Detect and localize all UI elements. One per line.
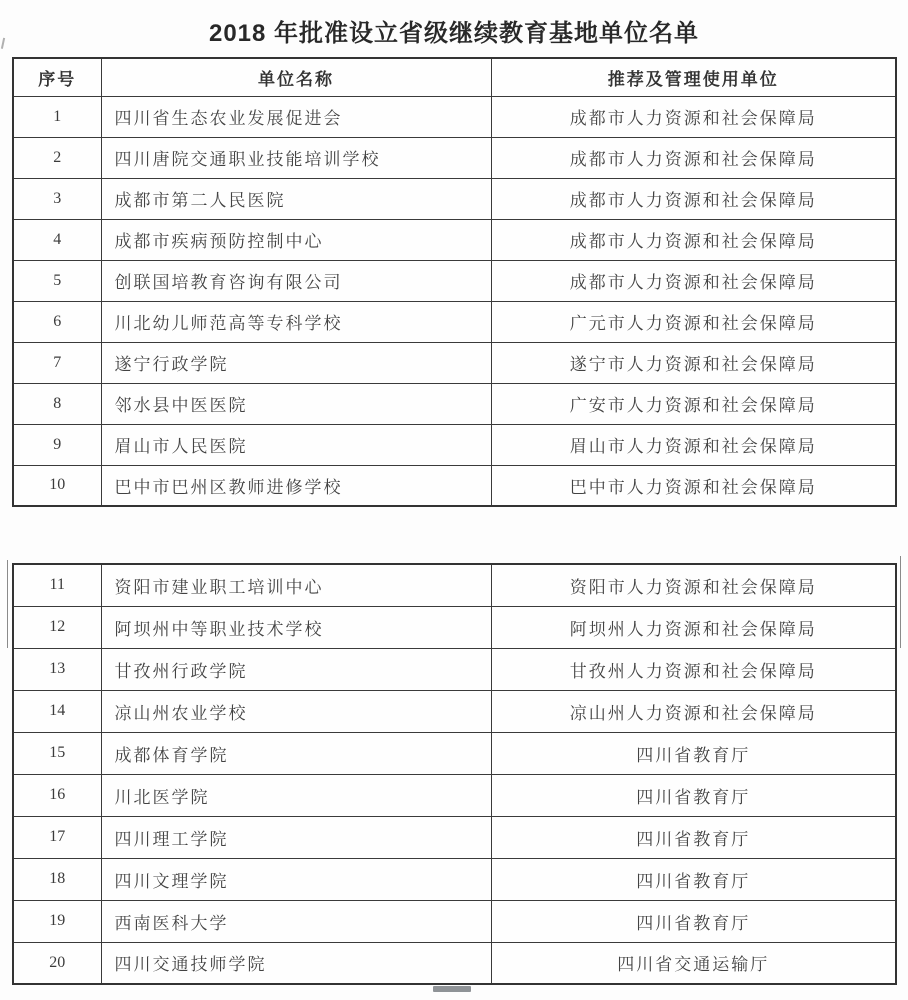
row-index-cell: 17 xyxy=(13,816,101,858)
row-index-cell: 8 xyxy=(13,383,101,424)
row-index-cell: 6 xyxy=(13,301,101,342)
units-table-part1: 序号 单位名称 推荐及管理使用单位 1 四川省生态农业发展促进会 成都市人力资源… xyxy=(12,57,897,507)
document-page: 2018 年批准设立省级继续教育基地单位名单 序号 单位名称 推荐及管理使用单位… xyxy=(0,0,908,1000)
table-row: 10 巴中市巴州区教师进修学校 巴中市人力资源和社会保障局 xyxy=(13,465,896,506)
unit-name-cell: 川北医学院 xyxy=(101,774,491,816)
manager-unit-cell: 四川省教育厅 xyxy=(491,900,896,942)
header-manager-unit: 推荐及管理使用单位 xyxy=(491,58,896,96)
unit-name-cell: 创联国培教育咨询有限公司 xyxy=(101,260,491,301)
table-row: 18 四川文理学院 四川省教育厅 xyxy=(13,858,896,900)
row-index-cell: 7 xyxy=(13,342,101,383)
row-index-cell: 12 xyxy=(13,606,101,648)
manager-unit-cell: 四川省教育厅 xyxy=(491,858,896,900)
row-index-cell: 18 xyxy=(13,858,101,900)
table-row: 14 凉山州农业学校 凉山州人力资源和社会保障局 xyxy=(13,690,896,732)
row-index-cell: 20 xyxy=(13,942,101,984)
unit-name-cell: 凉山州农业学校 xyxy=(101,690,491,732)
table-row: 19 西南医科大学 四川省教育厅 xyxy=(13,900,896,942)
unit-name-cell: 川北幼儿师范高等专科学校 xyxy=(101,301,491,342)
unit-name-cell: 眉山市人民医院 xyxy=(101,424,491,465)
unit-name-cell: 四川交通技师学院 xyxy=(101,942,491,984)
unit-name-cell: 资阳市建业职工培训中心 xyxy=(101,564,491,606)
row-index-cell: 16 xyxy=(13,774,101,816)
row-index-cell: 5 xyxy=(13,260,101,301)
units-table-part2: 11 资阳市建业职工培训中心 资阳市人力资源和社会保障局 12 阿坝州中等职业技… xyxy=(12,563,897,985)
manager-unit-cell: 阿坝州人力资源和社会保障局 xyxy=(491,606,896,648)
unit-name-cell: 四川省生态农业发展促进会 xyxy=(101,96,491,137)
unit-name-cell: 甘孜州行政学院 xyxy=(101,648,491,690)
manager-unit-cell: 广元市人力资源和社会保障局 xyxy=(491,301,896,342)
row-index-cell: 2 xyxy=(13,137,101,178)
manager-unit-cell: 广安市人力资源和社会保障局 xyxy=(491,383,896,424)
manager-unit-cell: 成都市人力资源和社会保障局 xyxy=(491,96,896,137)
manager-unit-cell: 甘孜州人力资源和社会保障局 xyxy=(491,648,896,690)
row-index-cell: 11 xyxy=(13,564,101,606)
table-row: 15 成都体育学院 四川省教育厅 xyxy=(13,732,896,774)
table-body-part1: 1 四川省生态农业发展促进会 成都市人力资源和社会保障局 2 四川唐院交通职业技… xyxy=(13,96,896,506)
row-index-cell: 10 xyxy=(13,465,101,506)
table-row: 17 四川理工学院 四川省教育厅 xyxy=(13,816,896,858)
table-row: 2 四川唐院交通职业技能培训学校 成都市人力资源和社会保障局 xyxy=(13,137,896,178)
manager-unit-cell: 巴中市人力资源和社会保障局 xyxy=(491,465,896,506)
unit-name-cell: 西南医科大学 xyxy=(101,900,491,942)
header-index: 序号 xyxy=(13,58,101,96)
table-row: 9 眉山市人民医院 眉山市人力资源和社会保障局 xyxy=(13,424,896,465)
table-row: 12 阿坝州中等职业技术学校 阿坝州人力资源和社会保障局 xyxy=(13,606,896,648)
table-header-row: 序号 单位名称 推荐及管理使用单位 xyxy=(13,58,896,96)
manager-unit-cell: 成都市人力资源和社会保障局 xyxy=(491,178,896,219)
unit-name-cell: 遂宁行政学院 xyxy=(101,342,491,383)
unit-name-cell: 四川理工学院 xyxy=(101,816,491,858)
manager-unit-cell: 成都市人力资源和社会保障局 xyxy=(491,260,896,301)
table-row: 7 遂宁行政学院 遂宁市人力资源和社会保障局 xyxy=(13,342,896,383)
table-row: 6 川北幼儿师范高等专科学校 广元市人力资源和社会保障局 xyxy=(13,301,896,342)
unit-name-cell: 成都市疾病预防控制中心 xyxy=(101,219,491,260)
scan-artifact-line xyxy=(7,560,8,648)
manager-unit-cell: 凉山州人力资源和社会保障局 xyxy=(491,690,896,732)
row-index-cell: 19 xyxy=(13,900,101,942)
manager-unit-cell: 四川省交通运输厅 xyxy=(491,942,896,984)
scan-artifact-line xyxy=(900,556,901,648)
page-title: 2018 年批准设立省级继续教育基地单位名单 xyxy=(0,13,908,48)
unit-name-cell: 成都体育学院 xyxy=(101,732,491,774)
table-row: 5 创联国培教育咨询有限公司 成都市人力资源和社会保障局 xyxy=(13,260,896,301)
header-unit-name: 单位名称 xyxy=(101,58,491,96)
manager-unit-cell: 资阳市人力资源和社会保障局 xyxy=(491,564,896,606)
row-index-cell: 4 xyxy=(13,219,101,260)
table-row: 11 资阳市建业职工培训中心 资阳市人力资源和社会保障局 xyxy=(13,564,896,606)
table-row: 3 成都市第二人民医院 成都市人力资源和社会保障局 xyxy=(13,178,896,219)
row-index-cell: 9 xyxy=(13,424,101,465)
table-row: 4 成都市疾病预防控制中心 成都市人力资源和社会保障局 xyxy=(13,219,896,260)
unit-name-cell: 四川文理学院 xyxy=(101,858,491,900)
table-row: 8 邻水县中医医院 广安市人力资源和社会保障局 xyxy=(13,383,896,424)
row-index-cell: 15 xyxy=(13,732,101,774)
row-index-cell: 13 xyxy=(13,648,101,690)
table-body-part2: 11 资阳市建业职工培训中心 资阳市人力资源和社会保障局 12 阿坝州中等职业技… xyxy=(13,564,896,984)
unit-name-cell: 四川唐院交通职业技能培训学校 xyxy=(101,137,491,178)
manager-unit-cell: 成都市人力资源和社会保障局 xyxy=(491,137,896,178)
table-row: 13 甘孜州行政学院 甘孜州人力资源和社会保障局 xyxy=(13,648,896,690)
manager-unit-cell: 四川省教育厅 xyxy=(491,816,896,858)
table-row: 16 川北医学院 四川省教育厅 xyxy=(13,774,896,816)
manager-unit-cell: 成都市人力资源和社会保障局 xyxy=(491,219,896,260)
manager-unit-cell: 眉山市人力资源和社会保障局 xyxy=(491,424,896,465)
table-row: 1 四川省生态农业发展促进会 成都市人力资源和社会保障局 xyxy=(13,96,896,137)
table-row: 20 四川交通技师学院 四川省交通运输厅 xyxy=(13,942,896,984)
unit-name-cell: 邻水县中医医院 xyxy=(101,383,491,424)
manager-unit-cell: 四川省教育厅 xyxy=(491,732,896,774)
row-index-cell: 3 xyxy=(13,178,101,219)
manager-unit-cell: 四川省教育厅 xyxy=(491,774,896,816)
unit-name-cell: 巴中市巴州区教师进修学校 xyxy=(101,465,491,506)
unit-name-cell: 阿坝州中等职业技术学校 xyxy=(101,606,491,648)
manager-unit-cell: 遂宁市人力资源和社会保障局 xyxy=(491,342,896,383)
unit-name-cell: 成都市第二人民医院 xyxy=(101,178,491,219)
scan-artifact-smudge xyxy=(433,986,471,992)
row-index-cell: 1 xyxy=(13,96,101,137)
row-index-cell: 14 xyxy=(13,690,101,732)
